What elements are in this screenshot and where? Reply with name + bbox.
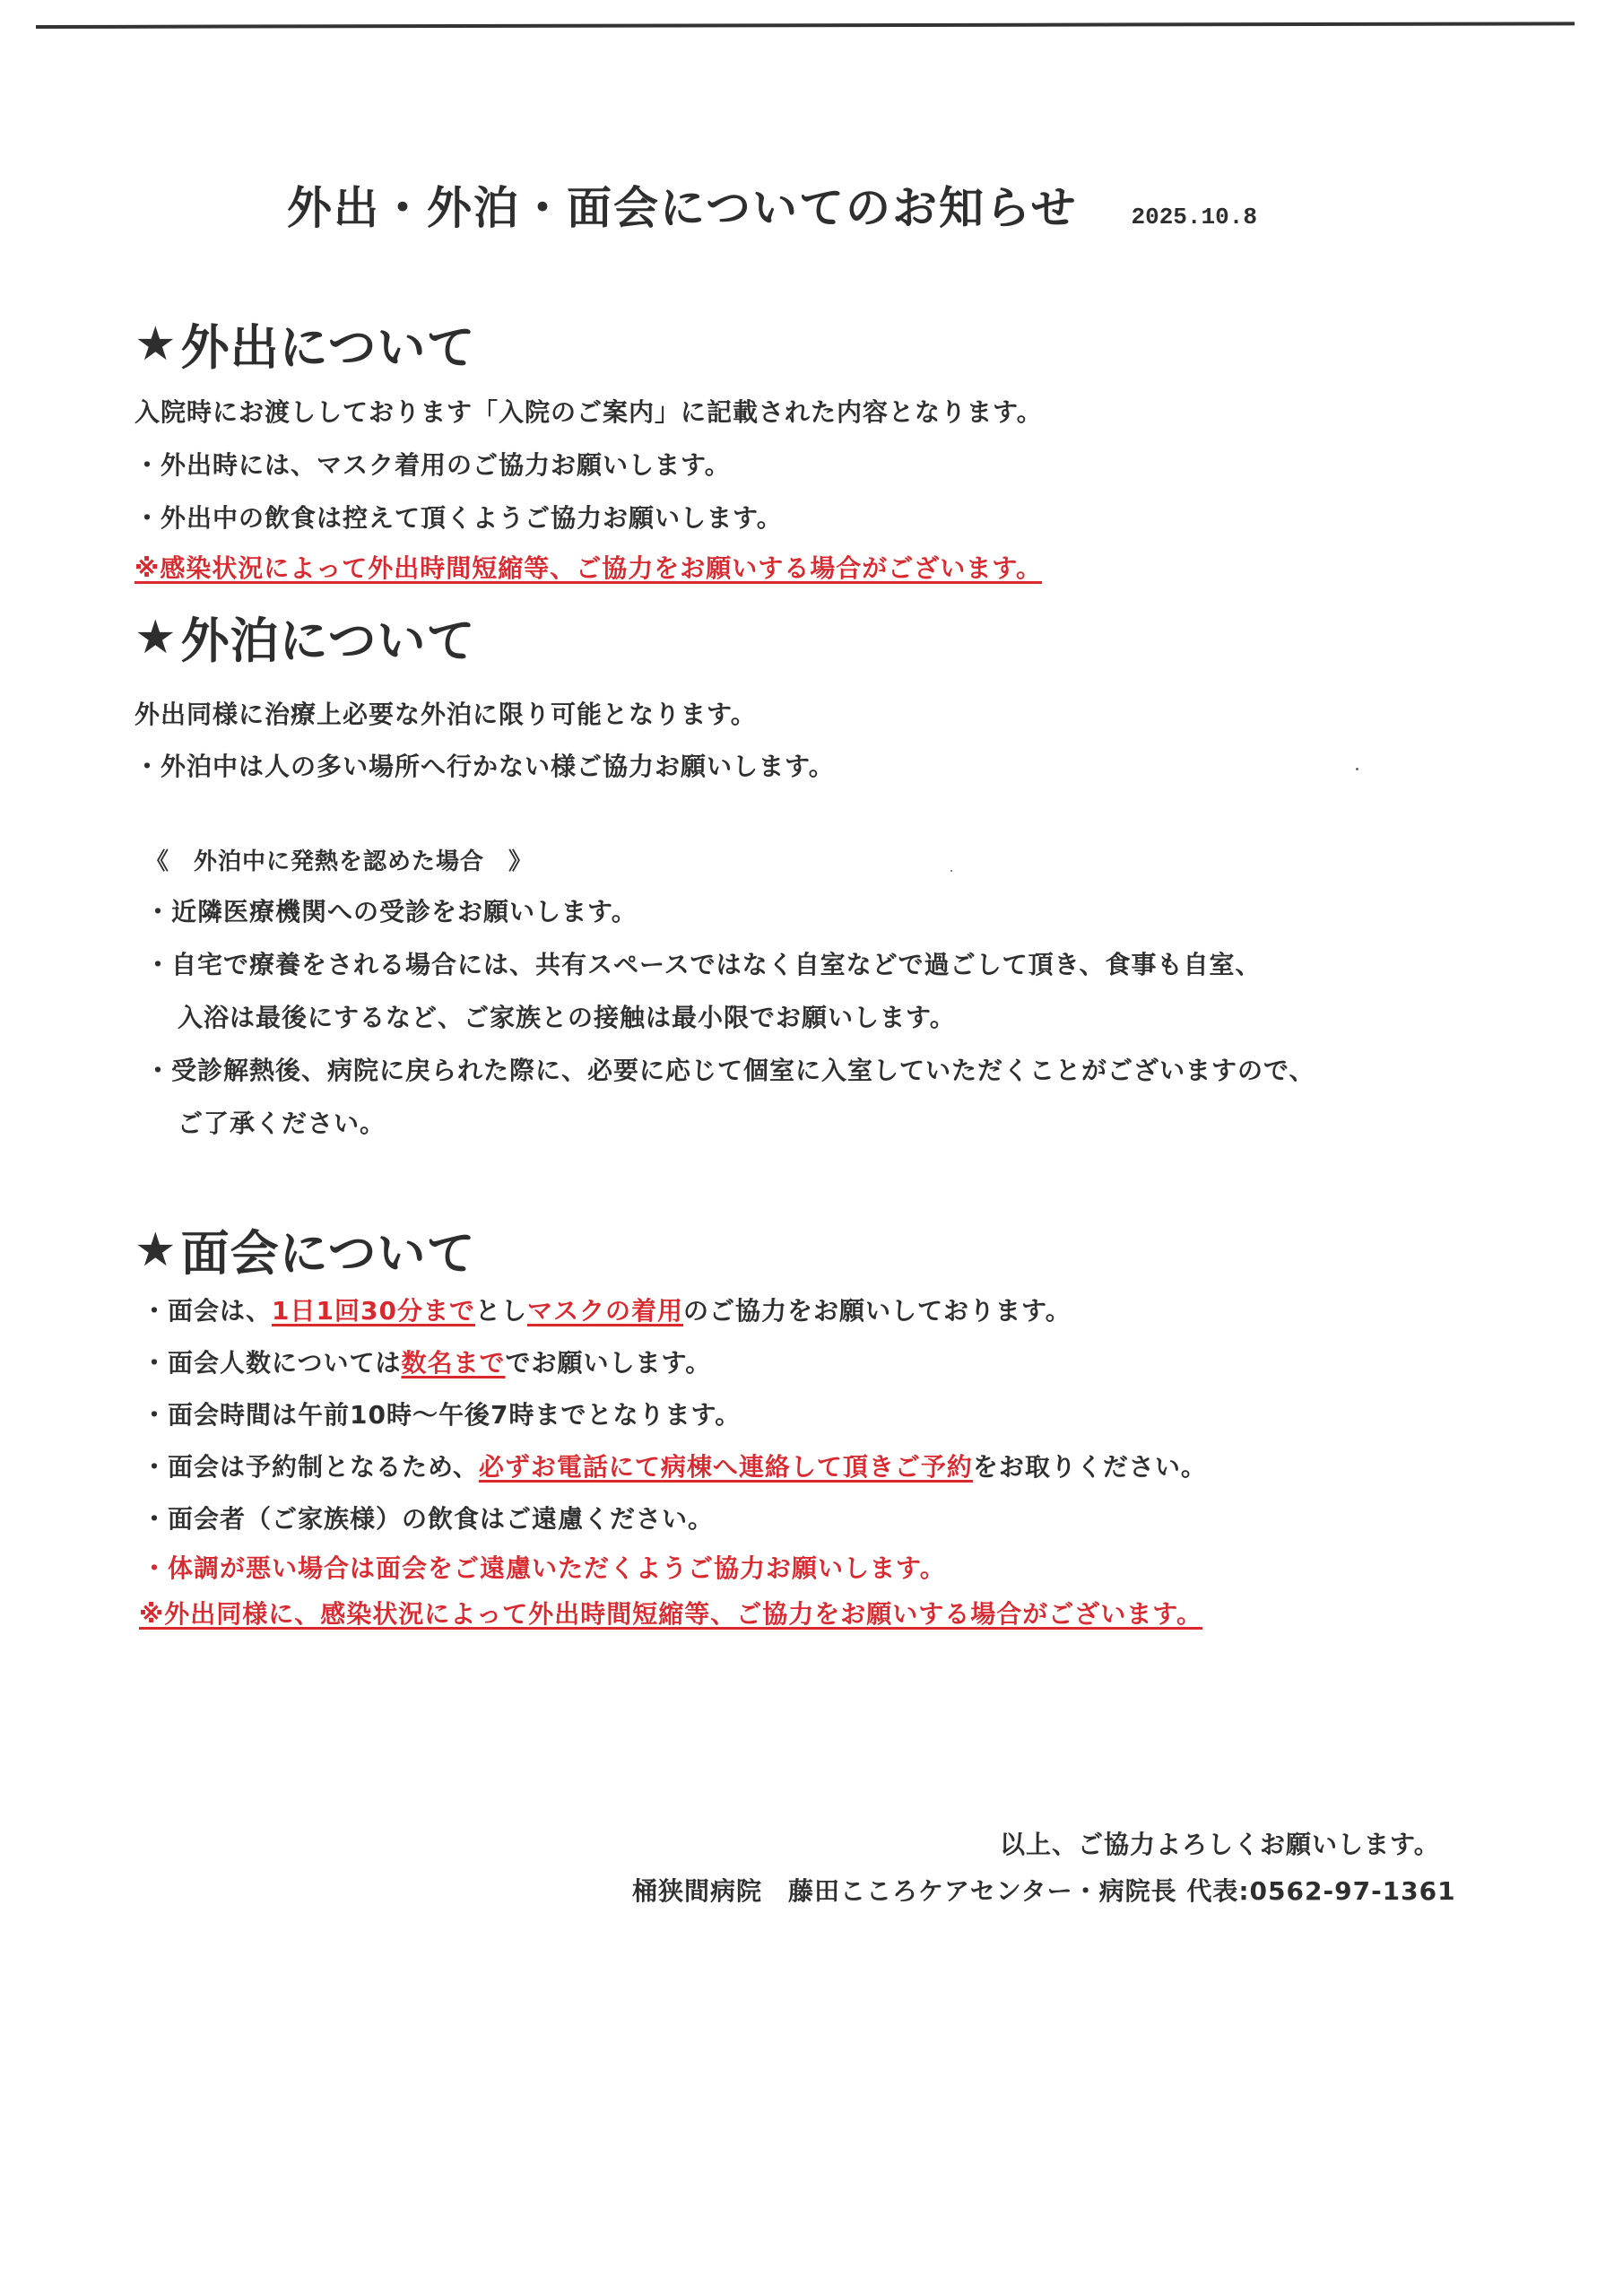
fever-bullet-continuation: ご了承ください。 xyxy=(178,1104,386,1140)
section-heading: ★ 外出について xyxy=(135,309,476,378)
text: ・面会人数については xyxy=(142,1348,401,1378)
highlight-text: マスクの着用 xyxy=(527,1296,683,1326)
visit-bullet: ・面会は予約制となるため、必ずお電話にて病棟へ連絡して頂きご予約をお取りください… xyxy=(142,1448,1207,1483)
highlight-text: 数名まで xyxy=(401,1348,505,1378)
section-visit: ★ 面会について xyxy=(135,1215,476,1284)
visit-bullet: ・面会人数については数名まででお願いします。 xyxy=(142,1344,711,1379)
highlight-text: 必ずお電話にて病棟へ連絡して頂きご予約 xyxy=(479,1452,973,1482)
outing-note: ※感染状況によって外出時間短縮等、ご協力をお願いする場合がございます。 xyxy=(135,549,1042,585)
text: ・面会は予約制となるため、 xyxy=(142,1452,479,1482)
visit-bullet: ・面会は、1日1回30分までとしマスクの着用のご協力をお願いしております。 xyxy=(142,1291,1072,1327)
scan-speck xyxy=(950,870,952,872)
text: をお取りください。 xyxy=(973,1452,1207,1482)
scan-speck xyxy=(1356,768,1358,770)
text: とし xyxy=(475,1296,527,1326)
signature: 桶狭間病院 藤田こころケアセンター・病院長 代表:0562-97-1361 xyxy=(632,1872,1456,1908)
section-overnight: ★ 外泊について xyxy=(135,603,476,672)
visit-note: ※外出同様に、感染状況によって外出時間短縮等、ご協力をお願いする場合がございます… xyxy=(139,1595,1202,1631)
fever-heading: 《 外泊中に発熱を認めた場合 》 xyxy=(145,843,533,876)
fever-bullet: ・近隣医療機関への受診をお願いします。 xyxy=(145,892,638,928)
overnight-intro: 外出同様に治療上必要な外泊に限り可能となります。 xyxy=(135,695,757,731)
page-title: 外出・外泊・面会についてのお知らせ xyxy=(287,172,1078,237)
section-heading: ★ 面会について xyxy=(135,1215,476,1284)
title-row: 外出・外泊・面会についてのお知らせ 2025.10.8 xyxy=(287,172,1257,237)
text: ・面会は、 xyxy=(142,1296,272,1326)
fever-bullet: ・受診解熱後、病院に戻られた際に、必要に応じて個室に入室していただくことがござい… xyxy=(145,1051,1315,1087)
fever-bullet-continuation: 入浴は最後にするなど、ご家族との接触は最小限でお願いします。 xyxy=(178,998,956,1034)
outing-intro: 入院時にお渡ししております「入院のご案内」に記載された内容となります。 xyxy=(135,393,1043,429)
heading-text: 面会について xyxy=(181,1215,476,1284)
star-icon: ★ xyxy=(135,317,178,371)
section-heading: ★ 外泊について xyxy=(135,603,476,672)
overnight-bullet: ・外泊中は人の多い場所へ行かない様ご協力お願いします。 xyxy=(135,747,835,783)
heading-text: 外出について xyxy=(181,309,476,378)
heading-text: 外泊について xyxy=(181,603,476,672)
highlight-text: 1日1回30分まで xyxy=(272,1296,475,1326)
section-outing: ★ 外出について xyxy=(135,309,476,378)
text: でお願いします。 xyxy=(505,1348,711,1378)
fever-bullet: ・自宅で療養をされる場合には、共有スペースではなく自室などで過ごして頂き、食事も… xyxy=(145,945,1262,981)
document-date: 2025.10.8 xyxy=(1132,204,1257,230)
visit-bullet: ・面会者（ご家族様）の飲食はご遠慮ください。 xyxy=(142,1500,714,1535)
star-icon: ★ xyxy=(135,611,178,665)
outing-bullet: ・外出時には、マスク着用のご協力お願いします。 xyxy=(135,446,731,482)
visit-bullet: ・面会時間は午前10時～午後7時までとなります。 xyxy=(142,1396,741,1431)
closing-text: 以上、ご協力よろしくお願いします。 xyxy=(1000,1825,1440,1861)
text: のご協力をお願いしております。 xyxy=(683,1296,1072,1326)
top-rule xyxy=(36,22,1575,29)
star-icon: ★ xyxy=(135,1223,178,1277)
outing-bullet: ・外出中の飲食は控えて頂くようご協力お願いします。 xyxy=(135,499,783,535)
visit-bullet-warning: ・体調が悪い場合は面会をご遠慮いただくようご協力お願いします。 xyxy=(142,1549,946,1585)
